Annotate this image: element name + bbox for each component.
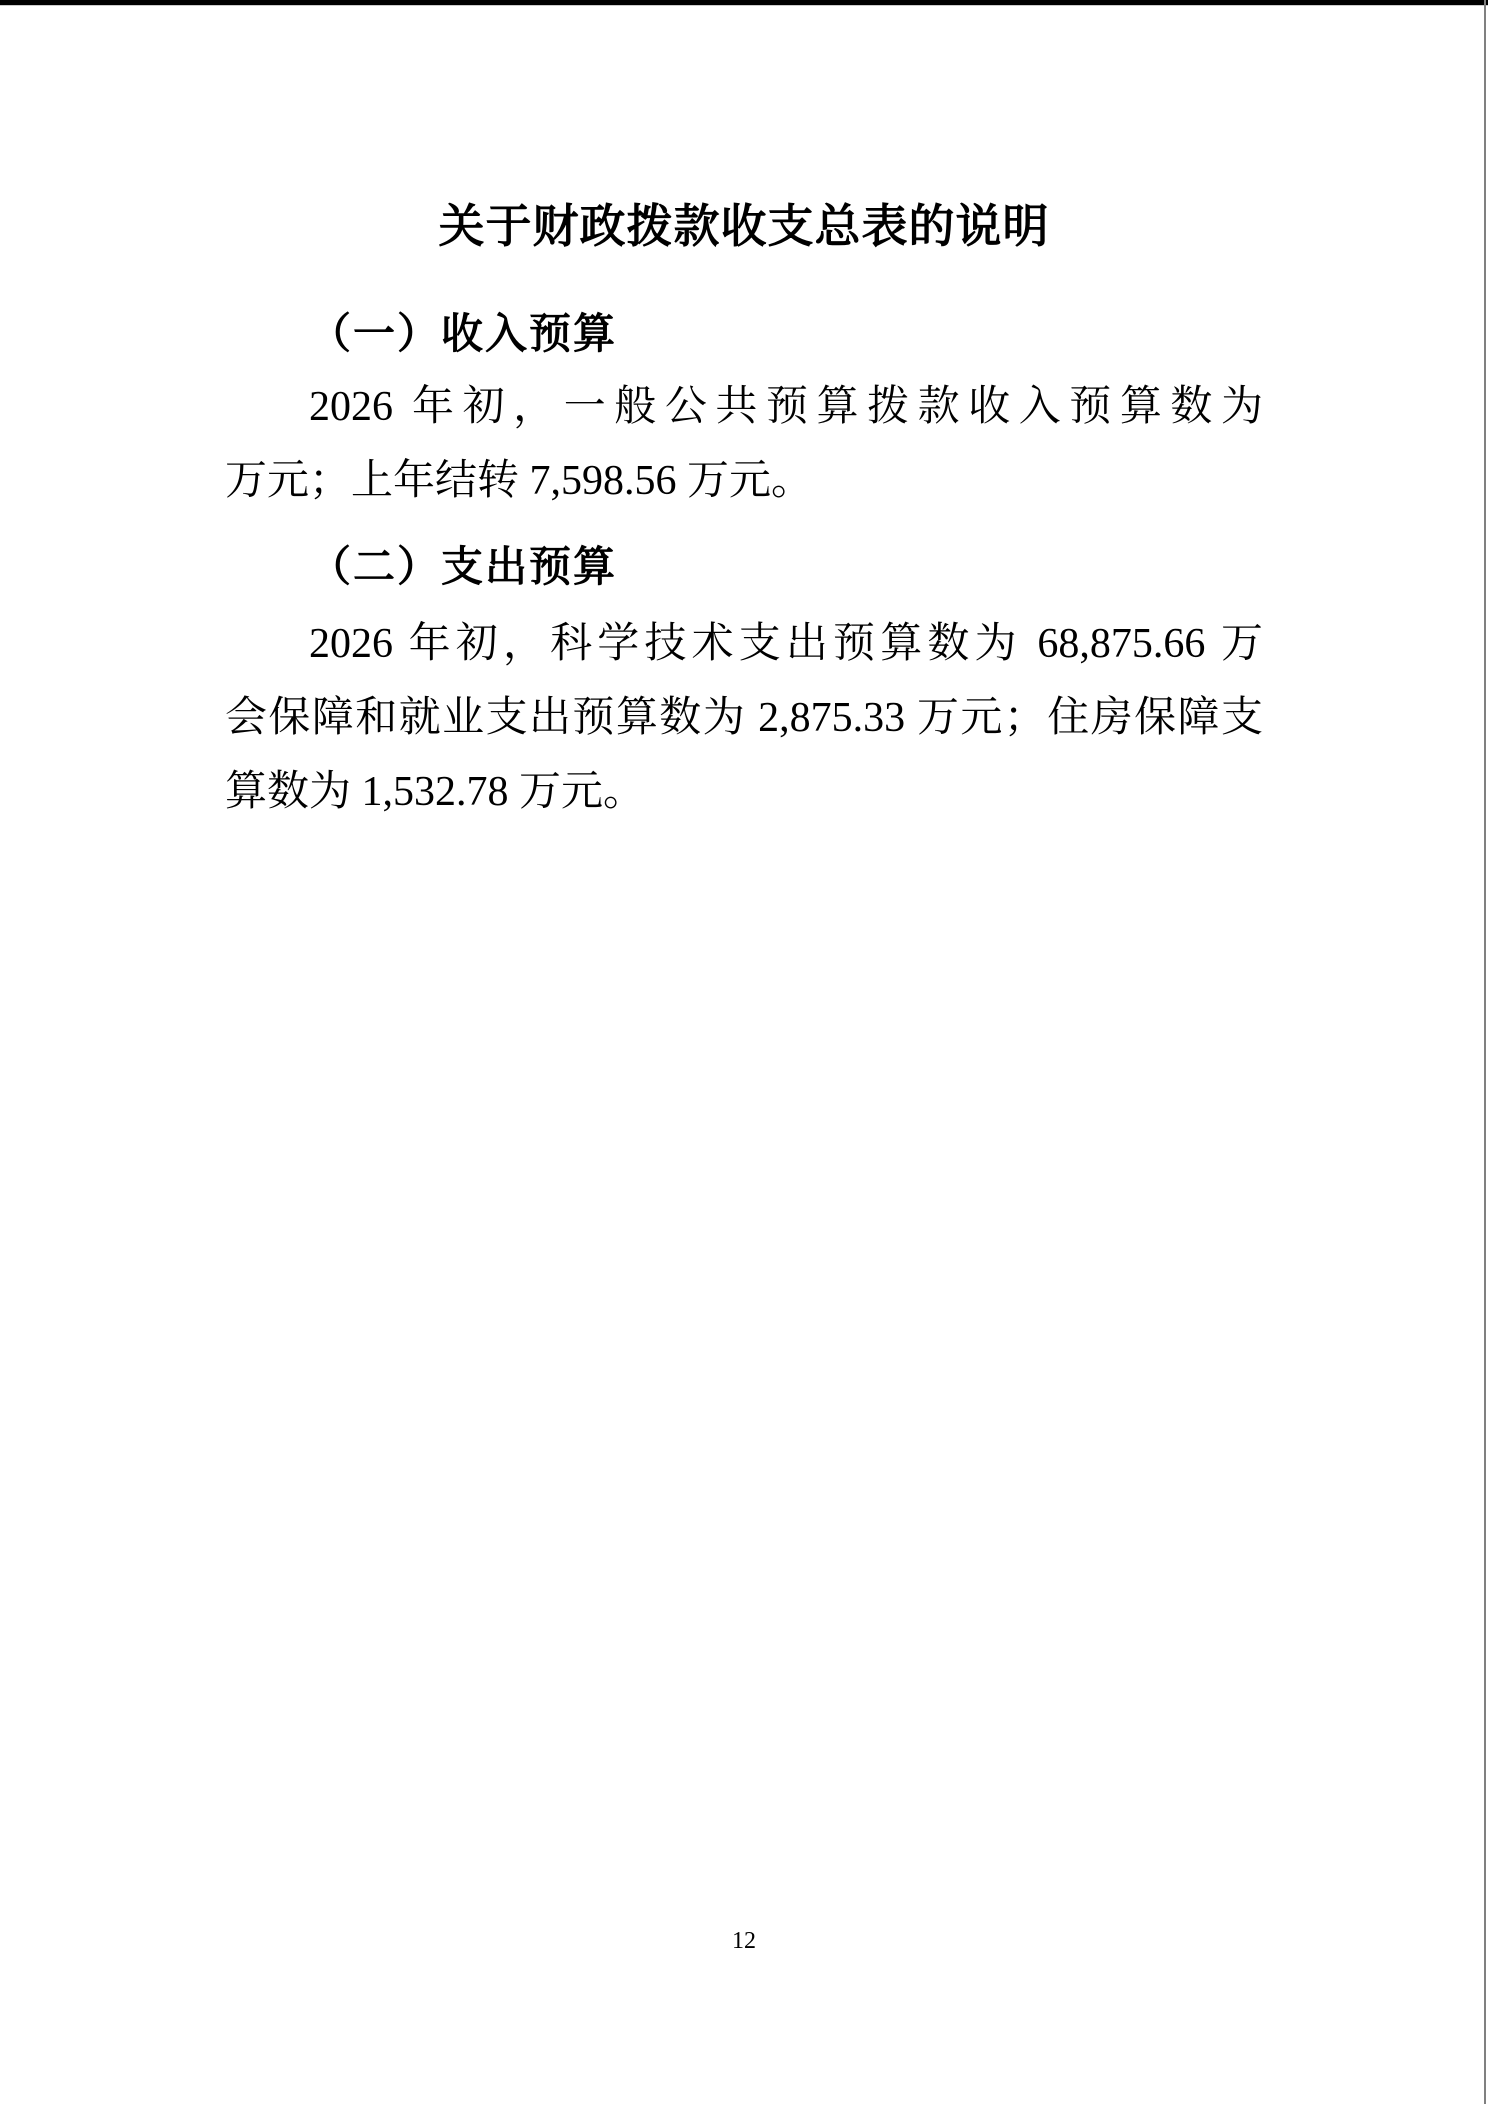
paragraph-income: 2026 年初，一般公共预算拨款收入预算数为 65,685.21 万元；上年结转… [225, 370, 1263, 518]
document-page: 关于财政拨款收支总表的说明 （一）收入预算 2026 年初，一般公共预算拨款收入… [0, 0, 1488, 2104]
body-line: 万元；上年结转 7,598.56 万元。 [225, 444, 1263, 518]
page-title: 关于财政拨款收支总表的说明 [225, 198, 1263, 254]
page-number: 12 [225, 1926, 1263, 1956]
section-heading-expenditure: （二）支出预算 [225, 541, 1263, 595]
body-line: 会保障和就业支出预算数为 2,875.33 万元；住房保障支出预 [225, 681, 1263, 755]
top-border-bar [0, 0, 1488, 6]
right-page-edge-line [1484, 0, 1486, 2104]
body-line: 2026 年初，一般公共预算拨款收入预算数为 65,685.21 [225, 370, 1263, 444]
body-line: 2026 年初，科学技术支出预算数为 68,875.66 万元；社 [225, 607, 1263, 681]
section-heading-income: （一）收入预算 [225, 308, 1263, 362]
body-line: 算数为 1,532.78 万元。 [225, 755, 1263, 829]
paragraph-expenditure: 2026 年初，科学技术支出预算数为 68,875.66 万元；社 会保障和就业… [225, 607, 1263, 829]
